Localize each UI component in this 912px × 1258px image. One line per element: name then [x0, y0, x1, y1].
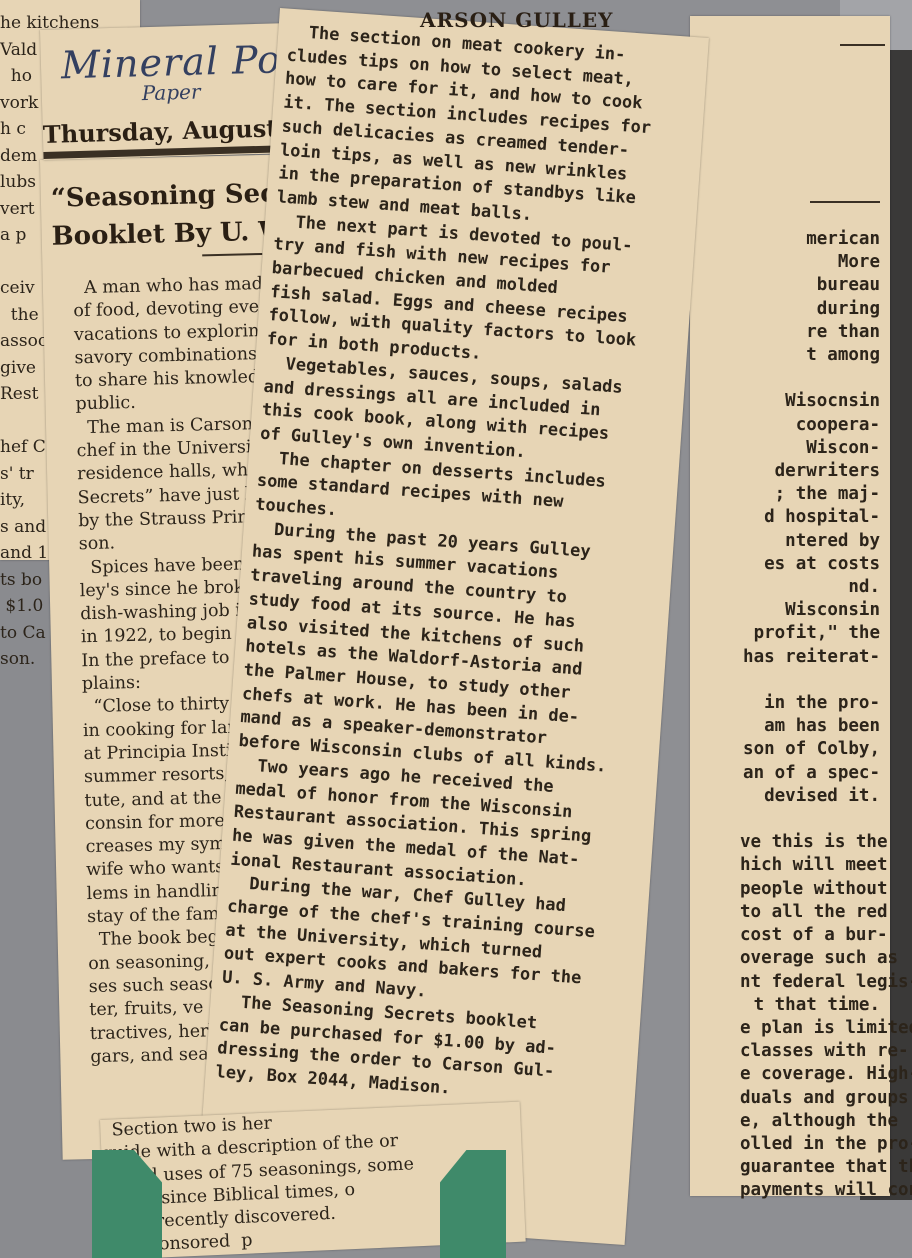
divider-rule [840, 44, 885, 46]
text-line: nd. [740, 576, 880, 599]
text-line: e, although the [740, 1110, 880, 1133]
text-line: in the pro- [740, 692, 880, 715]
text-line [740, 808, 880, 831]
text-line: Wisocnsin [740, 390, 880, 413]
text-line: More [740, 251, 880, 274]
right-article-strip: mericanMorebureauduringre thant among Wi… [690, 16, 890, 1196]
text-line: merican [740, 228, 880, 251]
text-line: overage such as [740, 947, 880, 970]
text-line: Wiscon- [740, 437, 880, 460]
text-line: cost of a bur- [740, 924, 880, 947]
text-line: t among [740, 344, 880, 367]
text-line: ; the maj- [740, 483, 880, 506]
text-line: Wisconsin [740, 599, 880, 622]
text-line: ve this is the [740, 831, 880, 854]
text-line: e plan is limited [740, 1017, 880, 1040]
text-line: has reiterat- [740, 646, 880, 669]
text-line: devised it. [740, 785, 880, 808]
text-line: duals and groups [740, 1087, 880, 1110]
text-line: during [740, 298, 880, 321]
text-line: olled in the pro- [740, 1133, 880, 1156]
text-line: hich will meet [740, 854, 880, 877]
headline-rule [202, 253, 262, 256]
text-line: es at costs [740, 553, 880, 576]
text-line: d hospital- [740, 506, 880, 529]
text-line: nt federal legis- [740, 971, 880, 994]
text-line [740, 367, 880, 390]
text-line: people without [740, 878, 880, 901]
text-line [740, 669, 880, 692]
text-line: derwriters [740, 460, 880, 483]
text-line: profit," the [740, 622, 880, 645]
text-line: t that time. [740, 994, 880, 1017]
article-continuation-column: The section on meat cookery in-cludes ti… [196, 8, 709, 1245]
handwritten-note-sub: Paper [141, 80, 200, 106]
article-continuation-body: The section on meat cookery in-cludes ti… [215, 21, 657, 1111]
text-line: son of Colby, [740, 738, 880, 761]
text-line: payments will consti- [740, 1179, 880, 1202]
text-line: to all the red [740, 901, 880, 924]
text-line: re than [740, 321, 880, 344]
right-strip-text: mericanMorebureauduringre thant among Wi… [740, 228, 880, 1203]
text-line: ntered by [740, 530, 880, 553]
text-line: bureau [740, 274, 880, 297]
text-line: classes with re- [740, 1040, 880, 1063]
text-line: an of a spec- [740, 762, 880, 785]
text-line: am has been [740, 715, 880, 738]
text-line: e coverage. High- [740, 1063, 880, 1086]
byline-fragment: ARSON GULLEY [420, 8, 613, 32]
text-line: coopera- [740, 414, 880, 437]
text-line: guarantee that the [740, 1156, 880, 1179]
divider-rule [810, 201, 880, 203]
